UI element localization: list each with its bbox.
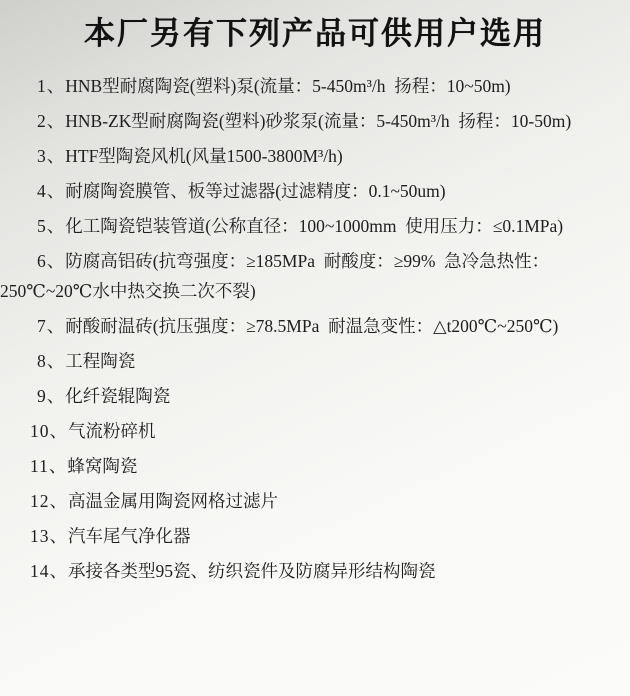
item-text: 耐腐陶瓷膜管、板等过滤器(过滤精度：0.1~50um) [65,181,445,201]
item-text: 蜂窝陶瓷 [67,456,137,476]
list-item: 5、化工陶瓷铠装管道(公称直径：100~1000mm 使用压力：≤0.1MPa) [0,211,624,241]
item-number: 9、 [37,386,65,406]
item-number: 2、 [37,111,65,131]
list-item: 7、耐酸耐温砖(抗压强度：≥78.5MPa 耐温急变性：△t200℃~250℃) [0,311,624,341]
list-item: 4、耐腐陶瓷膜管、板等过滤器(过滤精度：0.1~50um) [0,176,624,206]
item-number: 12、 [30,491,68,511]
document-page: 本厂另有下列产品可供用户选用 1、HNB型耐腐陶瓷(塑料)泵(流量：5-450m… [0,0,630,696]
page-title: 本厂另有下列产品可供用户选用 [0,8,630,53]
item-number: 7、 [37,316,65,336]
list-item: 12、高温金属用陶瓷网格过滤片 [0,486,624,516]
item-number: 14、 [30,561,68,581]
list-item: 14、承接各类型95瓷、纺织瓷件及防腐异形结构陶瓷 [0,556,624,586]
item-number: 10、 [30,421,68,441]
list-item: 13、汽车尾气净化器 [0,521,624,551]
list-item: 1、HNB型耐腐陶瓷(塑料)泵(流量：5-450m³/h 扬程：10~50m) [0,71,624,101]
item-number: 1、 [37,76,65,96]
item-number: 4、 [37,181,65,201]
item-text: 汽车尾气净化器 [68,526,191,546]
item-text: HNB型耐腐陶瓷(塑料)泵(流量：5-450m³/h 扬程：10~50m) [65,76,510,96]
item-number: 3、 [37,146,65,166]
item-text: 工程陶瓷 [65,351,135,371]
item-text: 承接各类型95瓷、纺织瓷件及防腐异形结构陶瓷 [68,561,436,581]
item-text: 防腐高铝砖(抗弯强度：≥185MPa 耐酸度：≥99% 急冷急热性：250℃~2… [0,251,549,301]
list-item: 6、防腐高铝砖(抗弯强度：≥185MPa 耐酸度：≥99% 急冷急热性：250℃… [0,246,624,306]
list-item: 9、化纤瓷辊陶瓷 [0,381,624,411]
item-number: 5、 [37,216,65,236]
item-text: 高温金属用陶瓷网格过滤片 [68,491,278,511]
item-text: 耐酸耐温砖(抗压强度：≥78.5MPa 耐温急变性：△t200℃~250℃) [65,316,558,336]
item-number: 11、 [30,456,67,476]
item-number: 8、 [37,351,65,371]
item-text: 化纤瓷辊陶瓷 [65,386,170,406]
list-item: 3、HTF型陶瓷风机(风量1500-3800M³/h) [0,141,624,171]
item-text: 气流粉碎机 [68,421,156,441]
list-item: 2、HNB-ZK型耐腐陶瓷(塑料)砂浆泵(流量：5-450m³/h 扬程：10-… [0,106,624,136]
list-item: 8、工程陶瓷 [0,346,624,376]
item-text: HTF型陶瓷风机(风量1500-3800M³/h) [65,146,342,166]
product-list: 1、HNB型耐腐陶瓷(塑料)泵(流量：5-450m³/h 扬程：10~50m)2… [0,71,630,586]
list-item: 11、蜂窝陶瓷 [0,451,624,481]
item-text: 化工陶瓷铠装管道(公称直径：100~1000mm 使用压力：≤0.1MPa) [65,216,563,236]
item-text: HNB-ZK型耐腐陶瓷(塑料)砂浆泵(流量：5-450m³/h 扬程：10-50… [65,111,571,131]
item-number: 6、 [37,251,65,271]
list-item: 10、气流粉碎机 [0,416,624,446]
item-number: 13、 [30,526,68,546]
